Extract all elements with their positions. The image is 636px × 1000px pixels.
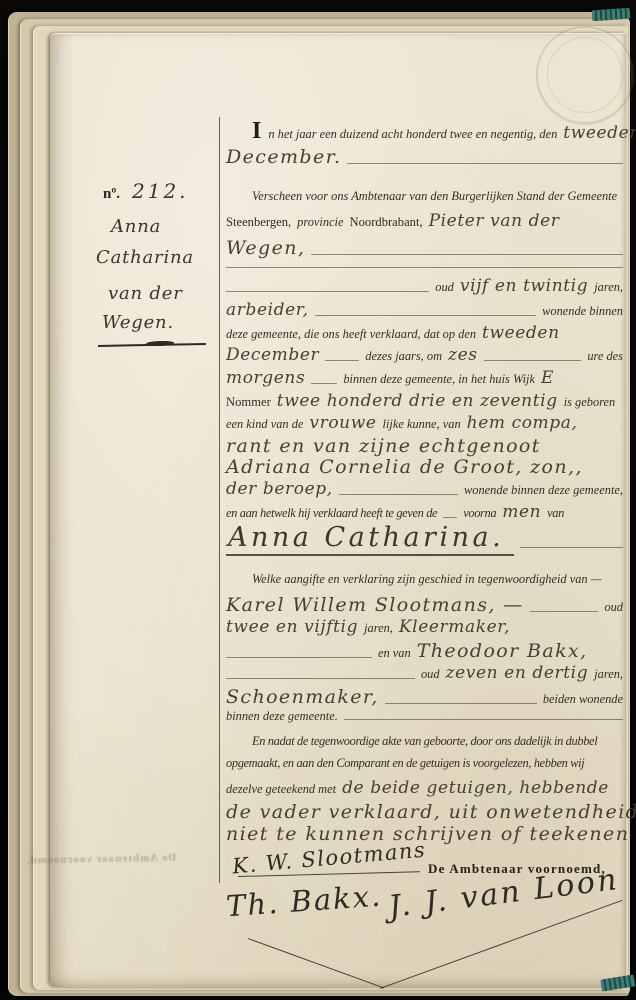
line-month: December. [226, 146, 623, 168]
line-appeared: Verscheen voor ons Ambtenaar van den Bur… [226, 189, 636, 204]
margin-name-line3: van der [108, 283, 183, 304]
printed-wonende-gemeente: wonende binnen deze gemeente, [464, 483, 623, 498]
printed-kunne-text: lijke kunne, van [383, 417, 461, 432]
fill-rule [347, 163, 623, 164]
fill-rule [484, 360, 582, 361]
declarant-occupation-script: arbeider, [226, 300, 309, 320]
birth-record-scan: nº. 212. Anna Catharina van der Wegen. I… [0, 0, 636, 1000]
printed-oud-w2: oud [421, 667, 440, 682]
printed-binnen-gemeente: binnen deze gemeente. [226, 709, 338, 724]
printed-jaren: jaren, [594, 280, 623, 295]
printed-oud: oud [435, 280, 454, 295]
act-content: nº. 212. Anna Catharina van der Wegen. I… [0, 0, 636, 1000]
daypart-script: morgens [226, 368, 305, 388]
line-closing1: En nadat de tegenwoordige akte van geboo… [226, 734, 636, 749]
fill-rule [385, 703, 537, 704]
line-mother-name: Adriana Cornelia de Groot, zon,, [226, 456, 623, 478]
fill-rule [315, 315, 536, 316]
printed-is-geboren: is geboren [564, 395, 616, 410]
declarant-name-script-part1: Pieter van der [429, 211, 560, 231]
signature-flourish-left [248, 938, 385, 989]
witness1-age-script: twee en vijftig [226, 617, 358, 637]
fill-rule [520, 547, 623, 548]
fill-rule [226, 291, 429, 292]
printed-house-text: binnen deze gemeente, in het huis Wijk [343, 372, 535, 387]
fill-rule [339, 494, 458, 495]
line-witness-intro: Welke aangifte en verklaring zijn geschi… [226, 572, 636, 587]
printed-kind-text: een kind van de [226, 417, 303, 432]
parent-clause-script1: hem compa, [467, 413, 578, 433]
printed-year-text: n het jaar een duizend acht honderd twee… [268, 127, 557, 142]
day-ordinal-script: tweeden [563, 123, 636, 143]
printed-voorna: voorna [463, 506, 496, 521]
printed-ure-des: ure des [587, 349, 623, 364]
witness1-name-script: Karel Willem Slootmans, — [226, 594, 524, 616]
line-birth-time: December dezes jaars, om zes ure des [226, 345, 623, 365]
printed-van: van [547, 506, 564, 521]
birth-hour-script: zes [448, 345, 478, 365]
line-house-number: Nommer twee honderd drie en zeventig is … [226, 391, 623, 411]
mother-name-script: Adriana Cornelia de Groot, zon,, [226, 456, 583, 478]
line-parent-clause: rant en van zijne echtgenoot [226, 435, 623, 457]
act-number-label: nº. [103, 186, 120, 203]
printed-dezes-jaars: dezes jaars, om [365, 349, 442, 364]
witness2-age-script: zeven en dertig [446, 663, 589, 683]
child-name-script: Anna Catharina. [226, 522, 514, 556]
month-script: December. [226, 146, 341, 168]
line-given-names-intro: en aan hetwelk hij verklaard heeft te ge… [226, 502, 623, 522]
fill-rule [344, 719, 623, 720]
mother-occupation-script: der beroep, [226, 479, 333, 499]
printed-oud-w1: oud [604, 600, 623, 615]
printed-closing1: En nadat de tegenwoordige akte van geboo… [252, 734, 597, 749]
line-witness2-occupation: Schoenmaker, beiden wonende [226, 686, 623, 708]
parent-clause-script2: rant en van zijne echtgenoot [226, 435, 541, 457]
closing-script2: de vader verklaard, uit onwetendheid [226, 801, 636, 823]
witness2-occupation-script: Schoenmaker, [226, 686, 379, 708]
house-number-script: twee honderd drie en zeventig [277, 391, 558, 411]
line-municipality: Steenbergen, provincie Noordbrabant, Pie… [226, 211, 623, 231]
printed-witness-intro: Welke aangifte en verklaring zijn geschi… [252, 572, 602, 587]
printed-signed-with: dezelve geteekend met [226, 782, 336, 797]
birth-month-script: December [226, 345, 319, 365]
fill-rule [226, 678, 415, 679]
line-closing3: dezelve geteekend met de beide getuigen,… [226, 778, 623, 798]
line-child-sex: een kind van de vrouwe lijke kunne, van … [226, 413, 623, 433]
line-year: I n het jaar een duizend acht honderd tw… [226, 118, 636, 145]
line-witness2-age: oud zeven en dertig jaren, [226, 663, 623, 683]
line-witness2-name: en van Theodoor Bakx, [226, 640, 623, 662]
printed-closing2: opgemaakt, en aan den Comparant en de ge… [226, 756, 584, 771]
act-number: 212. [132, 179, 189, 203]
province-name: Noordbrabant, [350, 215, 423, 230]
printed-jaren-w1: jaren, [364, 621, 393, 636]
line-birth-place: morgens binnen deze gemeente, in het hui… [226, 368, 623, 388]
printed-province-label: provincie [297, 215, 343, 230]
line-witness1-age: twee en vijftig jaren, Kleermaker, [226, 617, 623, 637]
drop-cap-i: I [252, 118, 261, 145]
district-letter-script: E [541, 368, 554, 388]
line-witness1-name: Karel Willem Slootmans, — oud [226, 594, 623, 616]
municipality-name: Steenbergen, [226, 215, 291, 230]
printed-en-van: en van [378, 646, 411, 661]
witness2-name-script: Theodoor Bakx, [417, 640, 588, 662]
fill-rule [311, 383, 337, 384]
printed-names-intro: en aan hetwelk hij verklaard heeft te ge… [226, 506, 437, 521]
line-declarant-age: oud vijf en twintig jaren, [226, 276, 623, 296]
line-declaration: deze gemeente, die ons heeft verklaard, … [226, 323, 623, 343]
margin-name-line1: Anna [111, 216, 161, 237]
line-declarant-occupation: arbeider, wonende binnen [226, 300, 623, 320]
closing-script3: niet te kunnen schrijven of teekenen [226, 823, 629, 845]
fill-rule [226, 657, 372, 658]
printed-nommer: Nommer [226, 395, 271, 410]
declarant-name-script-part2: Wegen, [226, 237, 305, 259]
printed-beiden-wonende: beiden wonende [543, 692, 623, 707]
declarant-age-script: vijf en twintig [460, 276, 588, 296]
witness1-occupation-script: Kleermaker, [399, 617, 510, 637]
witness2-signature: Th. Bakx. [225, 879, 383, 924]
printed-appeared-text: Verscheen voor ons Ambtenaar van den Bur… [252, 189, 617, 204]
birth-day-script: tweeden [482, 323, 560, 343]
child-sex-script: vrouwe [309, 413, 376, 433]
line-mother-occupation: der beroep, wonende binnen deze gemeente… [226, 479, 623, 499]
margin-name-line4: Wegen. [102, 312, 174, 333]
fill-rule [530, 611, 599, 612]
blank-fill-rule [226, 267, 623, 268]
line-declarant-surname: Wegen, [226, 237, 623, 259]
line-closing2: opgemaakt, en aan den Comparant en de ge… [226, 756, 623, 771]
line-child-name: Anna Catharina. [226, 522, 623, 556]
bleedthrough-text: De Ambtenaar voornoemd, [26, 852, 176, 867]
fill-rule [311, 254, 623, 255]
printed-wonende-binnen: wonende binnen [542, 304, 623, 319]
voornamen-suffix-script: men [502, 502, 541, 522]
fill-rule [325, 360, 359, 361]
fill-rule [443, 517, 457, 518]
margin-name-line2: Catharina [96, 247, 194, 268]
printed-jaren-w2: jaren, [594, 667, 623, 682]
line-closing4: de vader verklaard, uit onwetendheid [226, 801, 623, 823]
printed-declaration-text: deze gemeente, die ons heeft verklaard, … [226, 327, 476, 342]
line-witnesses-residence: binnen deze gemeente. [226, 709, 623, 724]
closing-script1: de beide getuigen, hebbende [342, 778, 609, 798]
margin-divider-rule [219, 117, 220, 883]
